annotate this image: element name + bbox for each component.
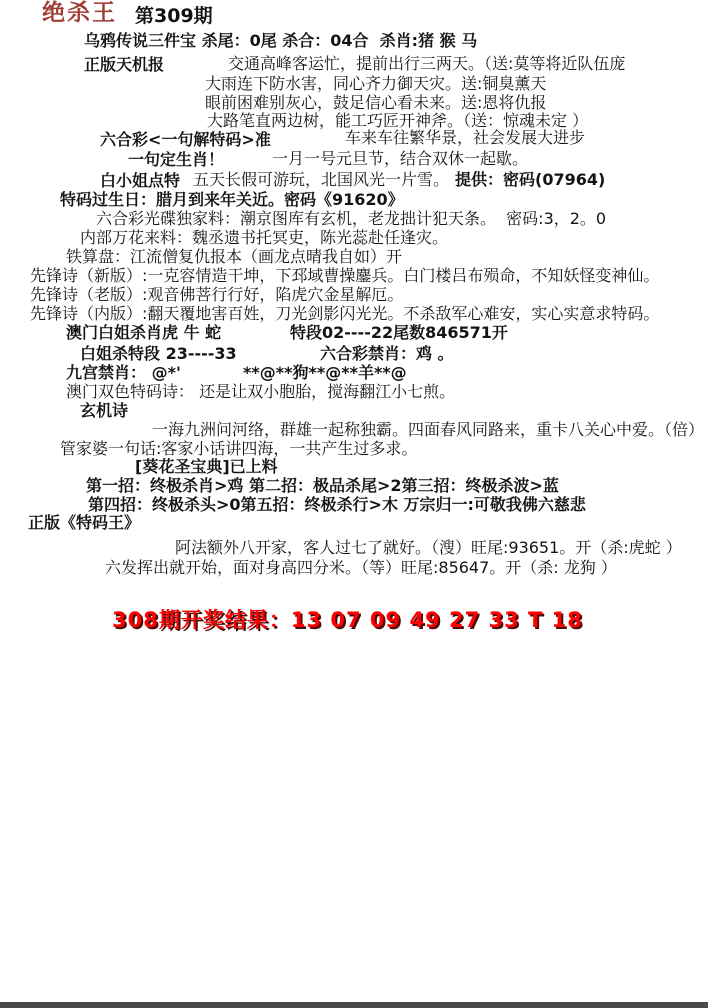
vanguard-poem-new: 先锋诗（新版）:一克容情造干坤，下邳域曹操鏖兵。白门楼吕布殒命，不知妖怪变神仙。 — [30, 266, 659, 286]
miss-bai-label: 白小姐点特 — [100, 171, 180, 191]
nine-palace-text: **@**狗**@**羊**@ — [243, 363, 407, 383]
birthday-code-line: 特码过生日：腊月到来年关近。密码《91620》 — [60, 190, 404, 210]
lottery-tipsheet-page: 绝杀王 第309期 乌鸦传说三件宝 杀尾：0尾 杀合：04合 杀肖:猪 猴 马 … — [0, 0, 708, 1008]
nine-palace-label: 九宫禁肖： @*' — [66, 363, 181, 383]
macau-special-segment: 特段02----22尾数846571开 — [290, 323, 508, 343]
vanguard-poem-inner: 先锋诗（内版）:翻天覆地害百姓，刀光剑影闪光光。不杀敌军心难安，实心实意求特码。 — [30, 304, 659, 324]
tianji-verse-2: 大雨连下防水害，同心齐力御天灾。送:铜臭薰天 — [205, 74, 546, 94]
previous-draw-result: 308期开奖结果：13 07 09 49 27 33 T 18 — [112, 610, 583, 630]
afa-verse-line: 阿法额外八开家，客人过七了就好。（溲）旺尾:93651。开（杀:虎蛇 ） — [175, 538, 682, 558]
macau-kill-zodiac: 澳门白姐杀肖虎 牛 蛇 — [66, 323, 221, 343]
special-code-king-label: 正版《特码王》 — [28, 513, 140, 533]
liufa-verse-line: 六发挥出就开始，面对身高四分米。（等）旺尾:85647。开（杀: 龙狗 ） — [105, 558, 617, 578]
issue-number: 第309期 — [135, 6, 213, 26]
tianji-verse-3: 眼前困难别灰心，鼓足信心看未来。送:恩将仇报 — [205, 93, 546, 113]
tricks-line-1: 第一招：终极杀肖>鸡 第二招：极品杀尾>2第三招：终极杀波>蓝 — [86, 476, 559, 496]
mystery-poem-text: 一海九洲问河络，群雄一起称独霸。四面春风同路来，重卡八关心中爱。（倍） — [152, 420, 704, 440]
tianji-report-label: 正版天机报 — [84, 55, 164, 75]
tricks-line-2: 第四招：终极杀头>0第五招：终极杀行>木 万宗归一:可敬我佛六慈悲 — [88, 495, 586, 515]
miss-bai-password: 提供：密码(07964) — [455, 170, 605, 190]
crow-legend-line: 乌鸦传说三件宝 杀尾：0尾 杀合：04合 杀肖:猪 猴 马 — [84, 31, 477, 51]
macau-double-poem: 澳门双色特码诗： 还是让双小胞胎，搅海翻江小七煎。 — [66, 382, 455, 402]
one-line-solve-label: 六合彩<一句解特码>准 — [100, 130, 271, 150]
housekeeper-line: 管家婆一句话:客家小话讲四海，一共产生过多求。 — [60, 439, 417, 459]
baijie-kill-segment: 白姐杀特段 23----33 — [80, 344, 237, 364]
mystery-poem-label: 玄机诗 — [80, 401, 128, 421]
iron-abacus-line: 铁算盘：江流僧复仇报本（画龙点晴我自如）开 — [66, 247, 402, 267]
internal-material-line: 内部万花来料：魏丞遗书托冥吏，陈光蕊赴任逢灾。 — [80, 228, 448, 248]
one-line-zodiac-label: 一句定生肖！ — [128, 150, 224, 170]
miss-bai-text: 五天长假可游玩，北国风光一片雪。 — [193, 170, 449, 190]
bottom-scan-edge — [0, 1002, 708, 1008]
forbidden-zodiac: 六合彩禁肖：鸡 。 — [320, 344, 454, 364]
sunflower-codex-label: [葵花圣宝典]已上料 — [135, 457, 278, 477]
disc-exclusive-line: 六合彩光碟独家料：潮京图库有玄机，老龙拙计犯天条。 密码:3，2。0 — [96, 209, 606, 229]
one-line-solve-text: 车来车往繁华景，社会发展大进步 — [345, 128, 585, 148]
page-title: 绝杀王 — [42, 3, 117, 23]
vanguard-poem-old: 先锋诗（老版）:观音佛菩行行好，陷虎穴金星解厄。 — [30, 285, 403, 305]
tianji-verse-1: 交通高峰客运忙，提前出行三两天。（送:莫等将近队伍庞 — [228, 54, 625, 74]
one-line-zodiac-text: 一月一号元旦节，结合双休一起歇。 — [272, 149, 528, 169]
